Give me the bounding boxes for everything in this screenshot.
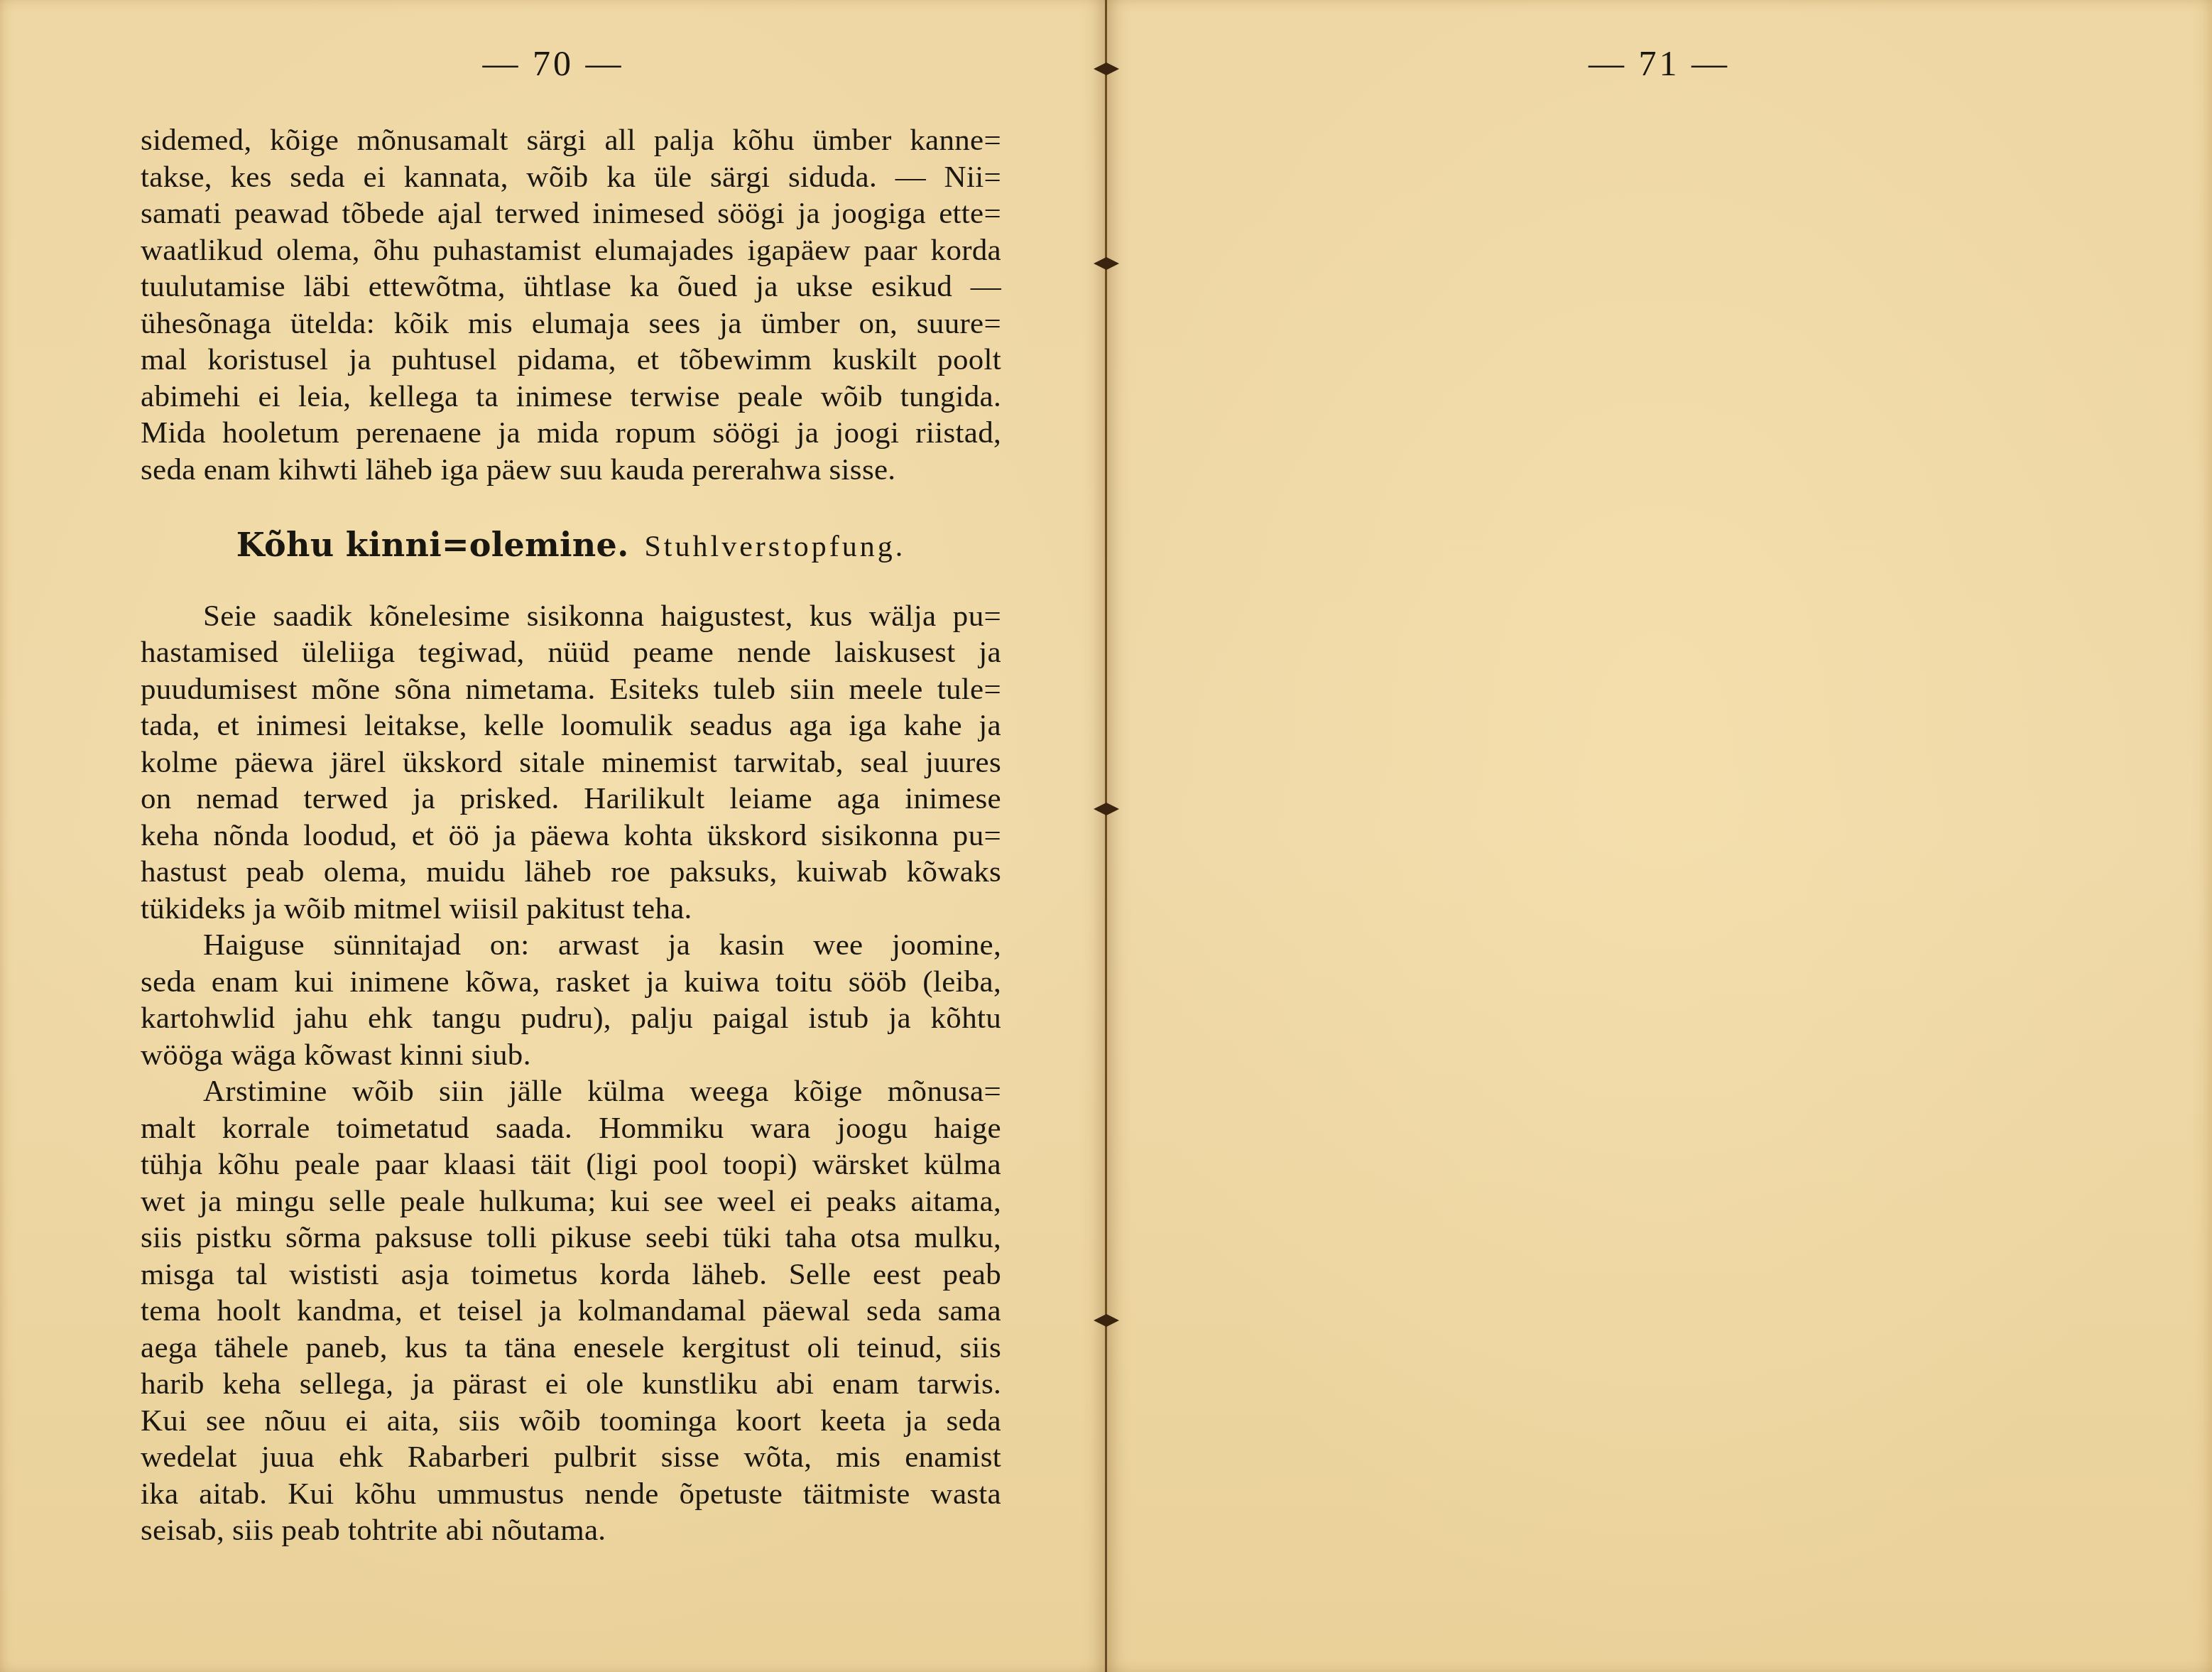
- page-number: — 71 —: [1106, 43, 2212, 84]
- page-number: — 70 —: [0, 43, 1106, 84]
- text-line: kolme päewa järel ükskord sitale minemis…: [141, 744, 1001, 781]
- book-spread: — 70 — sidemed, kõige mõnusamalt särgi a…: [0, 0, 2212, 1672]
- paragraph: Haiguse sünnitajad on: arwast ja kasin w…: [141, 927, 1001, 1073]
- right-page: — 71 — Raskem kõhu=ummuksus.Das Miserere…: [1106, 0, 2212, 1672]
- paragraph: sidemed, kõige mõnusamalt särgi all palj…: [141, 122, 1001, 488]
- spacer: [141, 488, 1001, 527]
- spacer: [141, 564, 1001, 598]
- text-line: seisab, siis peab tohtrite abi nõutama.: [141, 1512, 1001, 1549]
- text-line: ühesõnaga ütelda: kõik mis elumaja sees …: [141, 305, 1001, 342]
- text-line: takse, kes seda ei kannata, wõib ka üle …: [141, 159, 1001, 196]
- text-line: tuulutamise läbi ettewõtma, ühtlase ka õ…: [141, 268, 1001, 305]
- text-line: harib keha sellega, ja pärast ei ole kun…: [141, 1366, 1001, 1403]
- text-line: hastust peab olema, muidu läheb roe paks…: [141, 854, 1001, 891]
- text-line: wööga wäga kõwast kinni siub.: [141, 1037, 1001, 1074]
- text-line: tükideks ja wõib mitmel wiisil pakitust …: [141, 891, 1001, 928]
- text-line: Kui see nõuu ei aita, siis wõib toominga…: [141, 1403, 1001, 1440]
- text-line: Mida hooletum perenaene ja mida ropum sö…: [141, 415, 1001, 452]
- text-line: ika aitab. Kui kõhu ummustus nende õpetu…: [141, 1476, 1001, 1513]
- text-line: wet ja mingu selle peale hulkuma; kui se…: [141, 1183, 1001, 1220]
- text-line: hastamised üleliiga tegiwad, nüüd peame …: [141, 634, 1001, 671]
- text-line: aega tähele paneb, kus ta täna enesele k…: [141, 1330, 1001, 1367]
- text-line: siis pistku sõrma paksuse tolli pikuse s…: [141, 1220, 1001, 1256]
- text-line: misga tal wististi asja toimetus korda l…: [141, 1256, 1001, 1293]
- text-line: Seie saadik kõnelesime sisikonna haigust…: [141, 598, 1001, 635]
- heading-title: Kõhu kinni=olemine.: [236, 526, 629, 564]
- text-line: keha nõnda loodud, et öö ja päewa kohta …: [141, 818, 1001, 854]
- book-gutter: [1105, 0, 1107, 1672]
- text-line: on nemad terwed ja prisked. Harilikult l…: [141, 781, 1001, 818]
- text-line: abimehi ei leia, kellega ta inimese terw…: [141, 379, 1001, 416]
- paragraph: Arstimine wõib siin jälle külma weega kõ…: [141, 1073, 1001, 1549]
- text-line: seda enam kihwti läheb iga päew suu kaud…: [141, 452, 1001, 489]
- paragraph: Seie saadik kõnelesime sisikonna haigust…: [141, 598, 1001, 928]
- heading-subtitle: Stuhlverstopfung.: [644, 531, 905, 563]
- text-line: tema hoolt kandma, et teisel ja kolmanda…: [141, 1293, 1001, 1330]
- section-heading: Kõhu kinni=olemine.Stuhlverstopfung.: [141, 527, 1001, 564]
- text-line: waatlikud olema, õhu puhastamist elumaja…: [141, 232, 1001, 269]
- text-line: samati peawad tõbede ajal terwed inimese…: [141, 195, 1001, 232]
- text-line: Arstimine wõib siin jälle külma weega kõ…: [141, 1073, 1001, 1110]
- text-line: mal koristusel ja puhtusel pidama, et tõ…: [141, 342, 1001, 379]
- text-line: wedelat juua ehk Rabarberi pulbrit sisse…: [141, 1439, 1001, 1476]
- left-page: — 70 — sidemed, kõige mõnusamalt särgi a…: [0, 0, 1106, 1672]
- text-line: sidemed, kõige mõnusamalt särgi all palj…: [141, 122, 1001, 159]
- text-line: malt korrale toimetatud saada. Hommiku w…: [141, 1110, 1001, 1147]
- text-line: tühja kõhu peale paar klaasi täit (ligi …: [141, 1146, 1001, 1183]
- text-line: puudumisest mõne sõna nimetama. Esiteks …: [141, 671, 1001, 708]
- text-line: kartohwlid jahu ehk tangu pudru), palju …: [141, 1000, 1001, 1037]
- text-line: tada, et inimesi leitakse, kelle loomuli…: [141, 707, 1001, 744]
- left-page-text: sidemed, kõige mõnusamalt särgi all palj…: [141, 122, 1001, 1549]
- text-line: Haiguse sünnitajad on: arwast ja kasin w…: [141, 927, 1001, 964]
- text-line: seda enam kui inimene kõwa, rasket ja ku…: [141, 964, 1001, 1001]
